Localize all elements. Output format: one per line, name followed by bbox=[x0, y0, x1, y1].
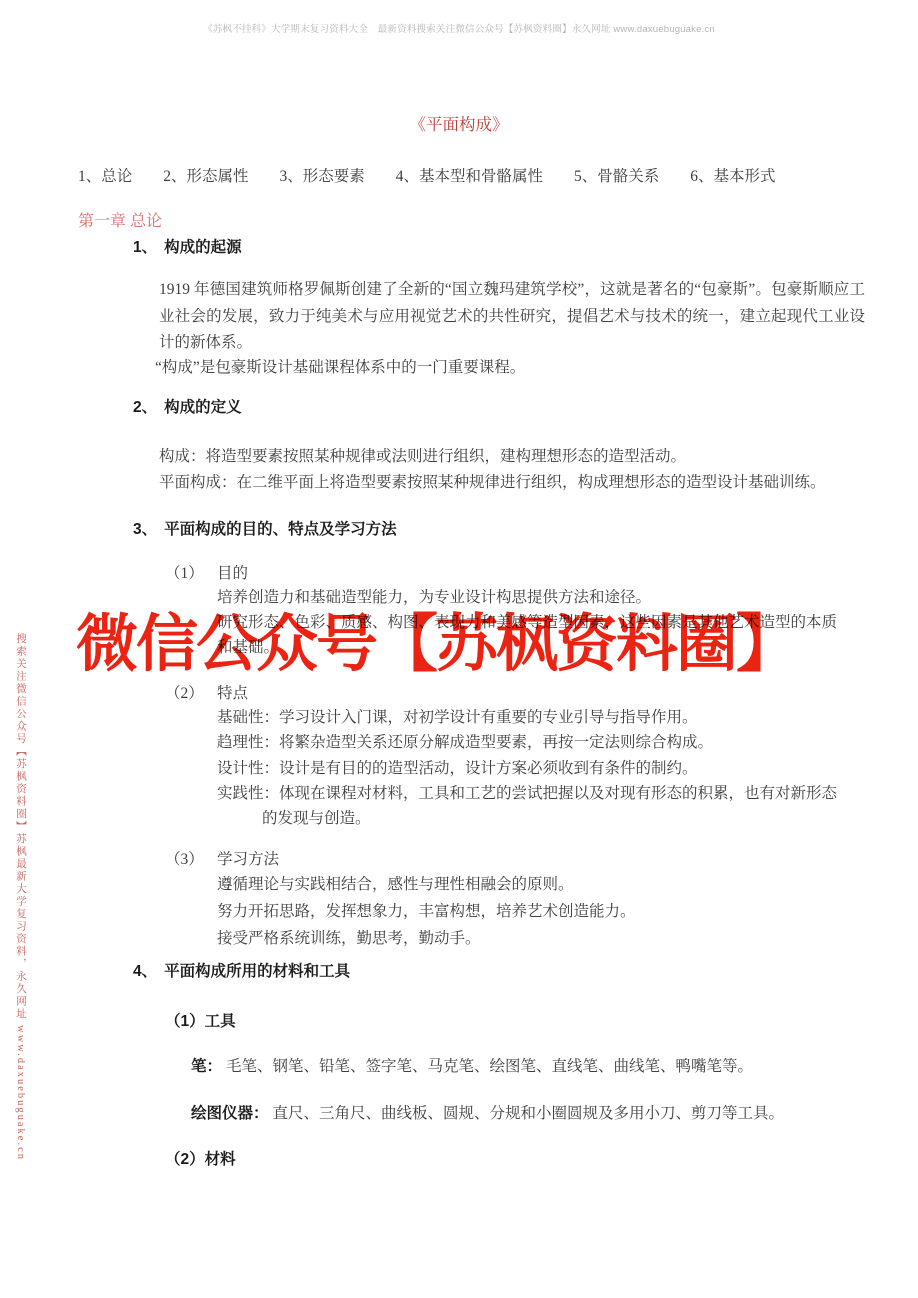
section-1-paragraph: 1919 年德国建筑师格罗佩斯创建了全新的“国立魏玛建筑学校”，这就是著名的“包… bbox=[159, 277, 865, 357]
instruments-text: 直尺、三角尺、曲线板、圆规、分规和小圈圆规及多用小刀、剪刀等工具。 bbox=[273, 1105, 785, 1122]
section-1-number: 1、 bbox=[133, 239, 157, 256]
subsection-1-number: （1） bbox=[165, 561, 217, 583]
subsection-1-title: 目的 bbox=[217, 565, 248, 582]
definition-line: 平面构成：在二维平面上将造型要素按照某种规律进行组织，构成理想形态的造型设计基础… bbox=[159, 470, 826, 496]
section-4-title: 平面构成所用的材料和工具 bbox=[164, 963, 350, 980]
side-vertical-watermark: 搜索关注微信公众号【苏枫资料圈】苏枫最新大学复习资料，永久网址 www.daxu… bbox=[13, 633, 28, 1161]
pens-label: 笔： bbox=[191, 1058, 222, 1075]
materials-subheading: （2）材料 bbox=[165, 1147, 236, 1169]
section-1-title: 构成的起源 bbox=[164, 239, 242, 256]
subsection-1-heading: （1）目的 bbox=[165, 561, 248, 583]
text-line-continuation: 的发现与创造。 bbox=[262, 806, 837, 831]
section-3-title: 平面构成的目的、特点及学习方法 bbox=[164, 521, 397, 538]
section-2-lines: 构成：将造型要素按照某种规律或法则进行组织，建构理想形态的造型活动。 平面构成：… bbox=[159, 444, 826, 496]
text-line: 遵循理论与实践相结合，感性与理性相融会的原则。 bbox=[217, 871, 636, 898]
section-2-title: 构成的定义 bbox=[164, 399, 242, 416]
section-2-heading: 2、构成的定义 bbox=[133, 395, 242, 417]
text-line: 趋理性：将繁杂造型关系还原分解成造型要素，再按一定法则综合构成。 bbox=[217, 730, 837, 755]
red-banner-watermark: 微信公众号【苏枫资料圈】 bbox=[76, 594, 796, 683]
tools-subheading: （1）工具 bbox=[165, 1009, 236, 1031]
subsection-3-number: （3） bbox=[165, 847, 217, 869]
text-line: 接受严格系统训练，勤思考，勤动手。 bbox=[217, 925, 636, 952]
text-line: 实践性：体现在课程对材料，工具和工艺的尝试把握以及对现有形态的积累，也有对新形态 bbox=[217, 781, 837, 806]
text-line: 设计性：设计是有目的的造型活动，设计方案必须收到有条件的制约。 bbox=[217, 756, 837, 781]
section-3-heading: 3、平面构成的目的、特点及学习方法 bbox=[133, 517, 397, 539]
chapter-heading: 第一章 总论 bbox=[78, 208, 162, 231]
pens-text: 毛笔、钢笔、铅笔、签字笔、马克笔、绘图笔、直线笔、曲线笔、鸭嘴笔等。 bbox=[226, 1058, 753, 1075]
outline-line: 1、总论 2、形态属性 3、形态要素 4、基本型和骨骼属性 5、骨骼关系 6、基… bbox=[78, 164, 776, 186]
section-4-heading: 4、平面构成所用的材料和工具 bbox=[133, 959, 350, 981]
instruments-line: 绘图仪器：直尺、三角尺、曲线板、圆规、分规和小圈圆规及多用小刀、剪刀等工具。 bbox=[191, 1101, 784, 1123]
subsection-2-title: 特点 bbox=[217, 685, 248, 702]
document-page: 《苏枫不挂科》大学期末复习资料大全 最新资料搜索关注微信公众号【苏枫资料圈】永久… bbox=[0, 0, 918, 1298]
section-4-number: 4、 bbox=[133, 963, 157, 980]
section-3-number: 3、 bbox=[133, 521, 157, 538]
subsection-3-lines: 遵循理论与实践相结合，感性与理性相融会的原则。 努力开拓思路，发挥想象力，丰富构… bbox=[217, 871, 636, 952]
pens-line: 笔：毛笔、钢笔、铅笔、签字笔、马克笔、绘图笔、直线笔、曲线笔、鸭嘴笔等。 bbox=[191, 1054, 753, 1076]
subsection-2-lines: 基础性：学习设计入门课，对初学设计有重要的专业引导与指导作用。 趋理性：将繁杂造… bbox=[217, 705, 837, 831]
section-1-line2: “构成”是包豪斯设计基础课程体系中的一门重要课程。 bbox=[155, 355, 525, 377]
section-2-number: 2、 bbox=[133, 399, 157, 416]
text-line: 努力开拓思路，发挥想象力，丰富构想，培养艺术创造能力。 bbox=[217, 898, 636, 925]
subsection-3-title: 学习方法 bbox=[217, 851, 279, 868]
subsection-3-heading: （3）学习方法 bbox=[165, 847, 279, 869]
subsection-2-heading: （2）特点 bbox=[165, 681, 248, 703]
instruments-label: 绘图仪器： bbox=[191, 1105, 269, 1122]
document-title: 《平面构成》 bbox=[0, 111, 918, 135]
top-watermark-text: 《苏枫不挂科》大学期末复习资料大全 最新资料搜索关注微信公众号【苏枫资料圈】永久… bbox=[0, 21, 918, 35]
definition-line: 构成：将造型要素按照某种规律或法则进行组织，建构理想形态的造型活动。 bbox=[159, 444, 826, 470]
text-line: 基础性：学习设计入门课，对初学设计有重要的专业引导与指导作用。 bbox=[217, 705, 837, 730]
subsection-2-number: （2） bbox=[165, 681, 217, 703]
section-1-heading: 1、构成的起源 bbox=[133, 235, 242, 257]
